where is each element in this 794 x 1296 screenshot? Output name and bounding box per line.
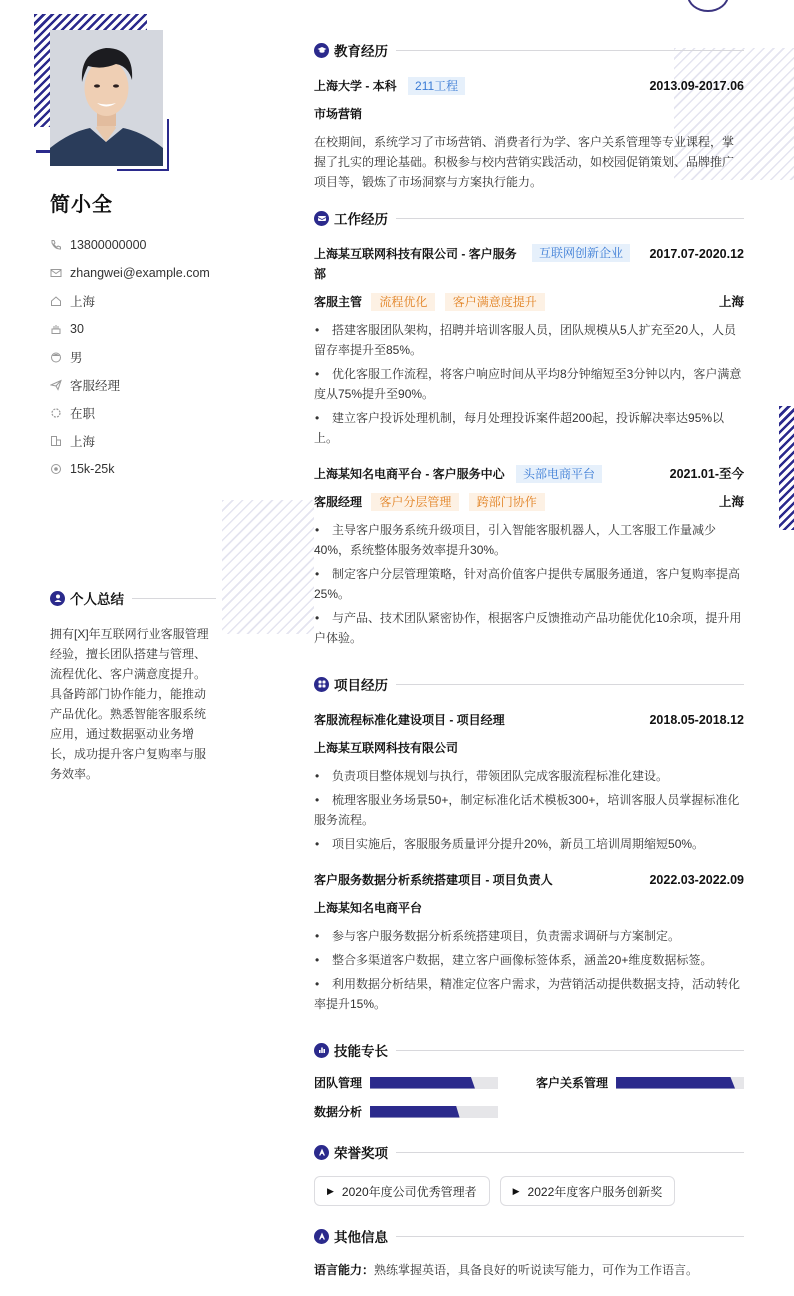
work-date: 2017.07-2020.12 — [649, 244, 744, 264]
award-item: ▶ 2022年度客户服务创新奖 — [500, 1176, 676, 1206]
award-icon — [314, 1145, 329, 1160]
section-title: 教育经历 — [334, 40, 388, 60]
section-title: 其他信息 — [334, 1226, 388, 1246]
info-status: 在职 — [50, 399, 220, 427]
divider — [396, 684, 744, 685]
section-title: 个人总结 — [70, 588, 124, 608]
work-section: 工作经历 上海某互联网科技有限公司 - 客户服务部 互联网创新企业 2017.0… — [314, 208, 744, 648]
job-location: 上海 — [719, 492, 744, 512]
section-title: 技能专长 — [334, 1040, 388, 1060]
project-name: 客户服务数据分析系统搭建项目 - 项目负责人 — [314, 870, 553, 890]
briefcase-icon — [314, 211, 329, 226]
skill-bar — [370, 1077, 498, 1089]
info-gender: 男 — [50, 343, 220, 371]
gender-icon — [50, 351, 62, 363]
project-date: 2018.05-2018.12 — [649, 710, 744, 730]
skill-bar — [616, 1077, 744, 1089]
school-name: 上海大学 - 本科 — [314, 79, 397, 93]
project-name: 客服流程标准化建设项目 - 项目经理 — [314, 710, 505, 730]
skill-label: 团队管理 — [314, 1074, 362, 1091]
project-bullet: •项目实施后，客服服务质量评分提升20%，新员工培训周期缩短50%。 — [314, 834, 744, 854]
salary-icon — [50, 463, 62, 475]
work-bullet: •搭建客服团队架构，招聘并培训客服人员，团队规模从5人扩充至20人，人员留存率提… — [314, 320, 744, 360]
work-entry: 上海某知名电商平台 - 客户服务中心 头部电商平台 2021.01-至今 客服经… — [314, 464, 744, 648]
project-date: 2022.03-2022.09 — [649, 870, 744, 890]
projects-section: 项目经历 客服流程标准化建设项目 - 项目经理 2018.05-2018.12 … — [314, 674, 744, 1014]
summary-header: 个人总结 — [50, 588, 216, 608]
award-item: ▶ 2020年度公司优秀管理者 — [314, 1176, 490, 1206]
company-badge: 头部电商平台 — [516, 465, 602, 483]
decorative-stripes — [222, 500, 314, 634]
education-header: 教育经历 — [314, 40, 744, 60]
work-entry: 上海某互联网科技有限公司 - 客户服务部 互联网创新企业 2017.07-202… — [314, 244, 744, 448]
skill-item: 数据分析 — [314, 1103, 498, 1120]
divider — [396, 1050, 744, 1051]
project-entry: 客户服务数据分析系统搭建项目 - 项目负责人 2022.03-2022.09 上… — [314, 870, 744, 1014]
skill-label: 数据分析 — [314, 1103, 362, 1120]
skill-item: 团队管理 — [314, 1074, 498, 1091]
main-column: 教育经历 上海大学 - 本科 211工程 2013.09-2017.06 市场营… — [314, 40, 744, 1280]
grid-icon — [314, 677, 329, 692]
summary-section: 个人总结 拥有[X]年互联网行业客服管理经验，擅长团队搭建与管理、流程优化、客户… — [50, 588, 216, 784]
skills-list: 团队管理 客户关系管理 数据分析 — [314, 1074, 744, 1120]
company-name: 上海某知名电商平台 - 客户服务中心 — [314, 467, 505, 481]
education-major: 市场营销 — [314, 104, 744, 124]
divider — [396, 1152, 744, 1153]
project-company: 上海某互联网科技有限公司 — [314, 738, 744, 758]
job-tag: 客户分层管理 — [371, 493, 459, 511]
work-bullet: •主导客户服务系统升级项目，引入智能客服机器人，人工客服工作量减少40%，系统整… — [314, 520, 744, 560]
info-email: zhangwei@example.com — [50, 259, 220, 287]
project-company: 上海某知名电商平台 — [314, 898, 744, 918]
info-position: 客服经理 — [50, 371, 220, 399]
summary-text: 拥有[X]年互联网行业客服管理经验，擅长团队搭建与管理、流程优化、客户满意度提升… — [50, 624, 216, 784]
school-badge: 211工程 — [408, 77, 465, 95]
home-icon — [50, 295, 62, 307]
decorative-stripes — [779, 406, 794, 530]
candidate-name: 简小全 — [50, 188, 220, 217]
skill-bar-fill — [370, 1106, 460, 1118]
project-entry: 客服流程标准化建设项目 - 项目经理 2018.05-2018.12 上海某互联… — [314, 710, 744, 854]
age-icon — [50, 323, 62, 335]
info-salary: 15k-25k — [50, 455, 220, 483]
play-triangle-icon: ▶ — [327, 1186, 334, 1197]
info-age: 30 — [50, 315, 220, 343]
project-bullet: •负责项目整体规划与执行，带领团队完成客服流程标准化建设。 — [314, 766, 744, 786]
awards-list: ▶ 2020年度公司优秀管理者 ▶ 2022年度客户服务创新奖 — [314, 1176, 744, 1206]
other-text: 熟练掌握英语，具备良好的听说读写能力，可作为工作语言。 — [374, 1263, 698, 1277]
job-role: 客服经理 — [314, 495, 362, 509]
section-title: 荣誉奖项 — [334, 1142, 388, 1162]
bar-chart-icon — [314, 1043, 329, 1058]
company-name: 上海某互联网科技有限公司 - 客户服务部 — [314, 244, 520, 284]
contact-info-list: 13800000000 zhangwei@example.com 上海 30 男… — [50, 231, 220, 483]
divider — [132, 598, 216, 599]
education-date: 2013.09-2017.06 — [649, 76, 744, 96]
section-title: 工作经历 — [334, 208, 388, 228]
job-role: 客服主管 — [314, 295, 362, 309]
status-icon — [50, 407, 62, 419]
education-description: 在校期间，系统学习了市场营销、消费者行为学、客户关系管理等专业课程，掌握了扎实的… — [314, 132, 744, 192]
avatar — [50, 30, 163, 166]
work-bullet: •制定客户分层管理策略，针对高价值客户提供专属服务通道，客户复购率提高25%。 — [314, 564, 744, 604]
job-tag: 流程优化 — [371, 293, 435, 311]
education-section: 教育经历 上海大学 - 本科 211工程 2013.09-2017.06 市场营… — [314, 40, 744, 192]
info-badge-icon — [314, 1229, 329, 1244]
info-phone: 13800000000 — [50, 231, 220, 259]
job-location: 上海 — [719, 292, 744, 312]
divider — [396, 1236, 744, 1237]
job-tag: 客户满意度提升 — [445, 293, 545, 311]
project-bullet: •整合多渠道客户数据，建立客户画像标签体系，涵盖20+维度数据标签。 — [314, 950, 744, 970]
play-triangle-icon: ▶ — [513, 1186, 520, 1197]
graduation-cap-icon — [314, 43, 329, 58]
skill-bar-fill — [370, 1077, 475, 1089]
skills-header: 技能专长 — [314, 1040, 744, 1060]
project-bullet: •梳理客服业务场景50+，制定标准化话术模板300+，培训客服人员掌握标准化服务… — [314, 790, 744, 830]
info-location: 上海 — [50, 287, 220, 315]
other-label: 语言能力： — [314, 1263, 374, 1277]
projects-header: 项目经历 — [314, 674, 744, 694]
divider — [396, 218, 744, 219]
work-date: 2021.01-至今 — [670, 464, 744, 484]
project-bullet: •参与客户服务数据分析系统搭建项目，负责需求调研与方案制定。 — [314, 926, 744, 946]
work-header: 工作经历 — [314, 208, 744, 228]
job-tag: 跨部门协作 — [469, 493, 545, 511]
skill-bar — [370, 1106, 498, 1118]
education-entry-header: 上海大学 - 本科 211工程 2013.09-2017.06 — [314, 76, 744, 96]
awards-section: 荣誉奖项 ▶ 2020年度公司优秀管理者 ▶ 2022年度客户服务创新奖 — [314, 1142, 744, 1206]
other-info: 语言能力：熟练掌握英语，具备良好的听说读写能力，可作为工作语言。 — [314, 1260, 744, 1280]
work-bullet: •与产品、技术团队紧密协作，根据客户反馈推动产品功能优化10余项，提升用户体验。 — [314, 608, 744, 648]
skill-bar-fill — [616, 1077, 735, 1089]
other-header: 其他信息 — [314, 1226, 744, 1246]
info-city: 上海 — [50, 427, 220, 455]
skill-label: 客户关系管理 — [536, 1074, 608, 1091]
company-badge: 互联网创新企业 — [532, 244, 630, 262]
building-icon — [50, 435, 62, 447]
send-icon — [50, 379, 62, 391]
project-bullet: •利用数据分析结果，精准定位客户需求，为营销活动提供数据支持，活动转化率提升15… — [314, 974, 744, 1014]
other-section: 其他信息 语言能力：熟练掌握英语，具备良好的听说读写能力，可作为工作语言。 — [314, 1226, 744, 1280]
mail-icon — [50, 267, 62, 279]
decorative-circle — [687, 0, 729, 12]
work-bullet: •优化客服工作流程，将客户响应时间从平均8分钟缩短至3分钟以内，客户满意度从75… — [314, 364, 744, 404]
awards-header: 荣誉奖项 — [314, 1142, 744, 1162]
skills-section: 技能专长 团队管理 客户关系管理 数据分析 — [314, 1040, 744, 1120]
profile-column: 简小全 13800000000 zhangwei@example.com 上海 … — [50, 180, 220, 483]
work-bullet: •建立客户投诉处理机制，每月处理投诉案件超200起，投诉解决率达95%以上。 — [314, 408, 744, 448]
phone-icon — [50, 239, 62, 251]
section-title: 项目经历 — [334, 674, 388, 694]
user-icon — [50, 591, 65, 606]
skill-item: 客户关系管理 — [536, 1074, 744, 1091]
divider — [396, 50, 744, 51]
